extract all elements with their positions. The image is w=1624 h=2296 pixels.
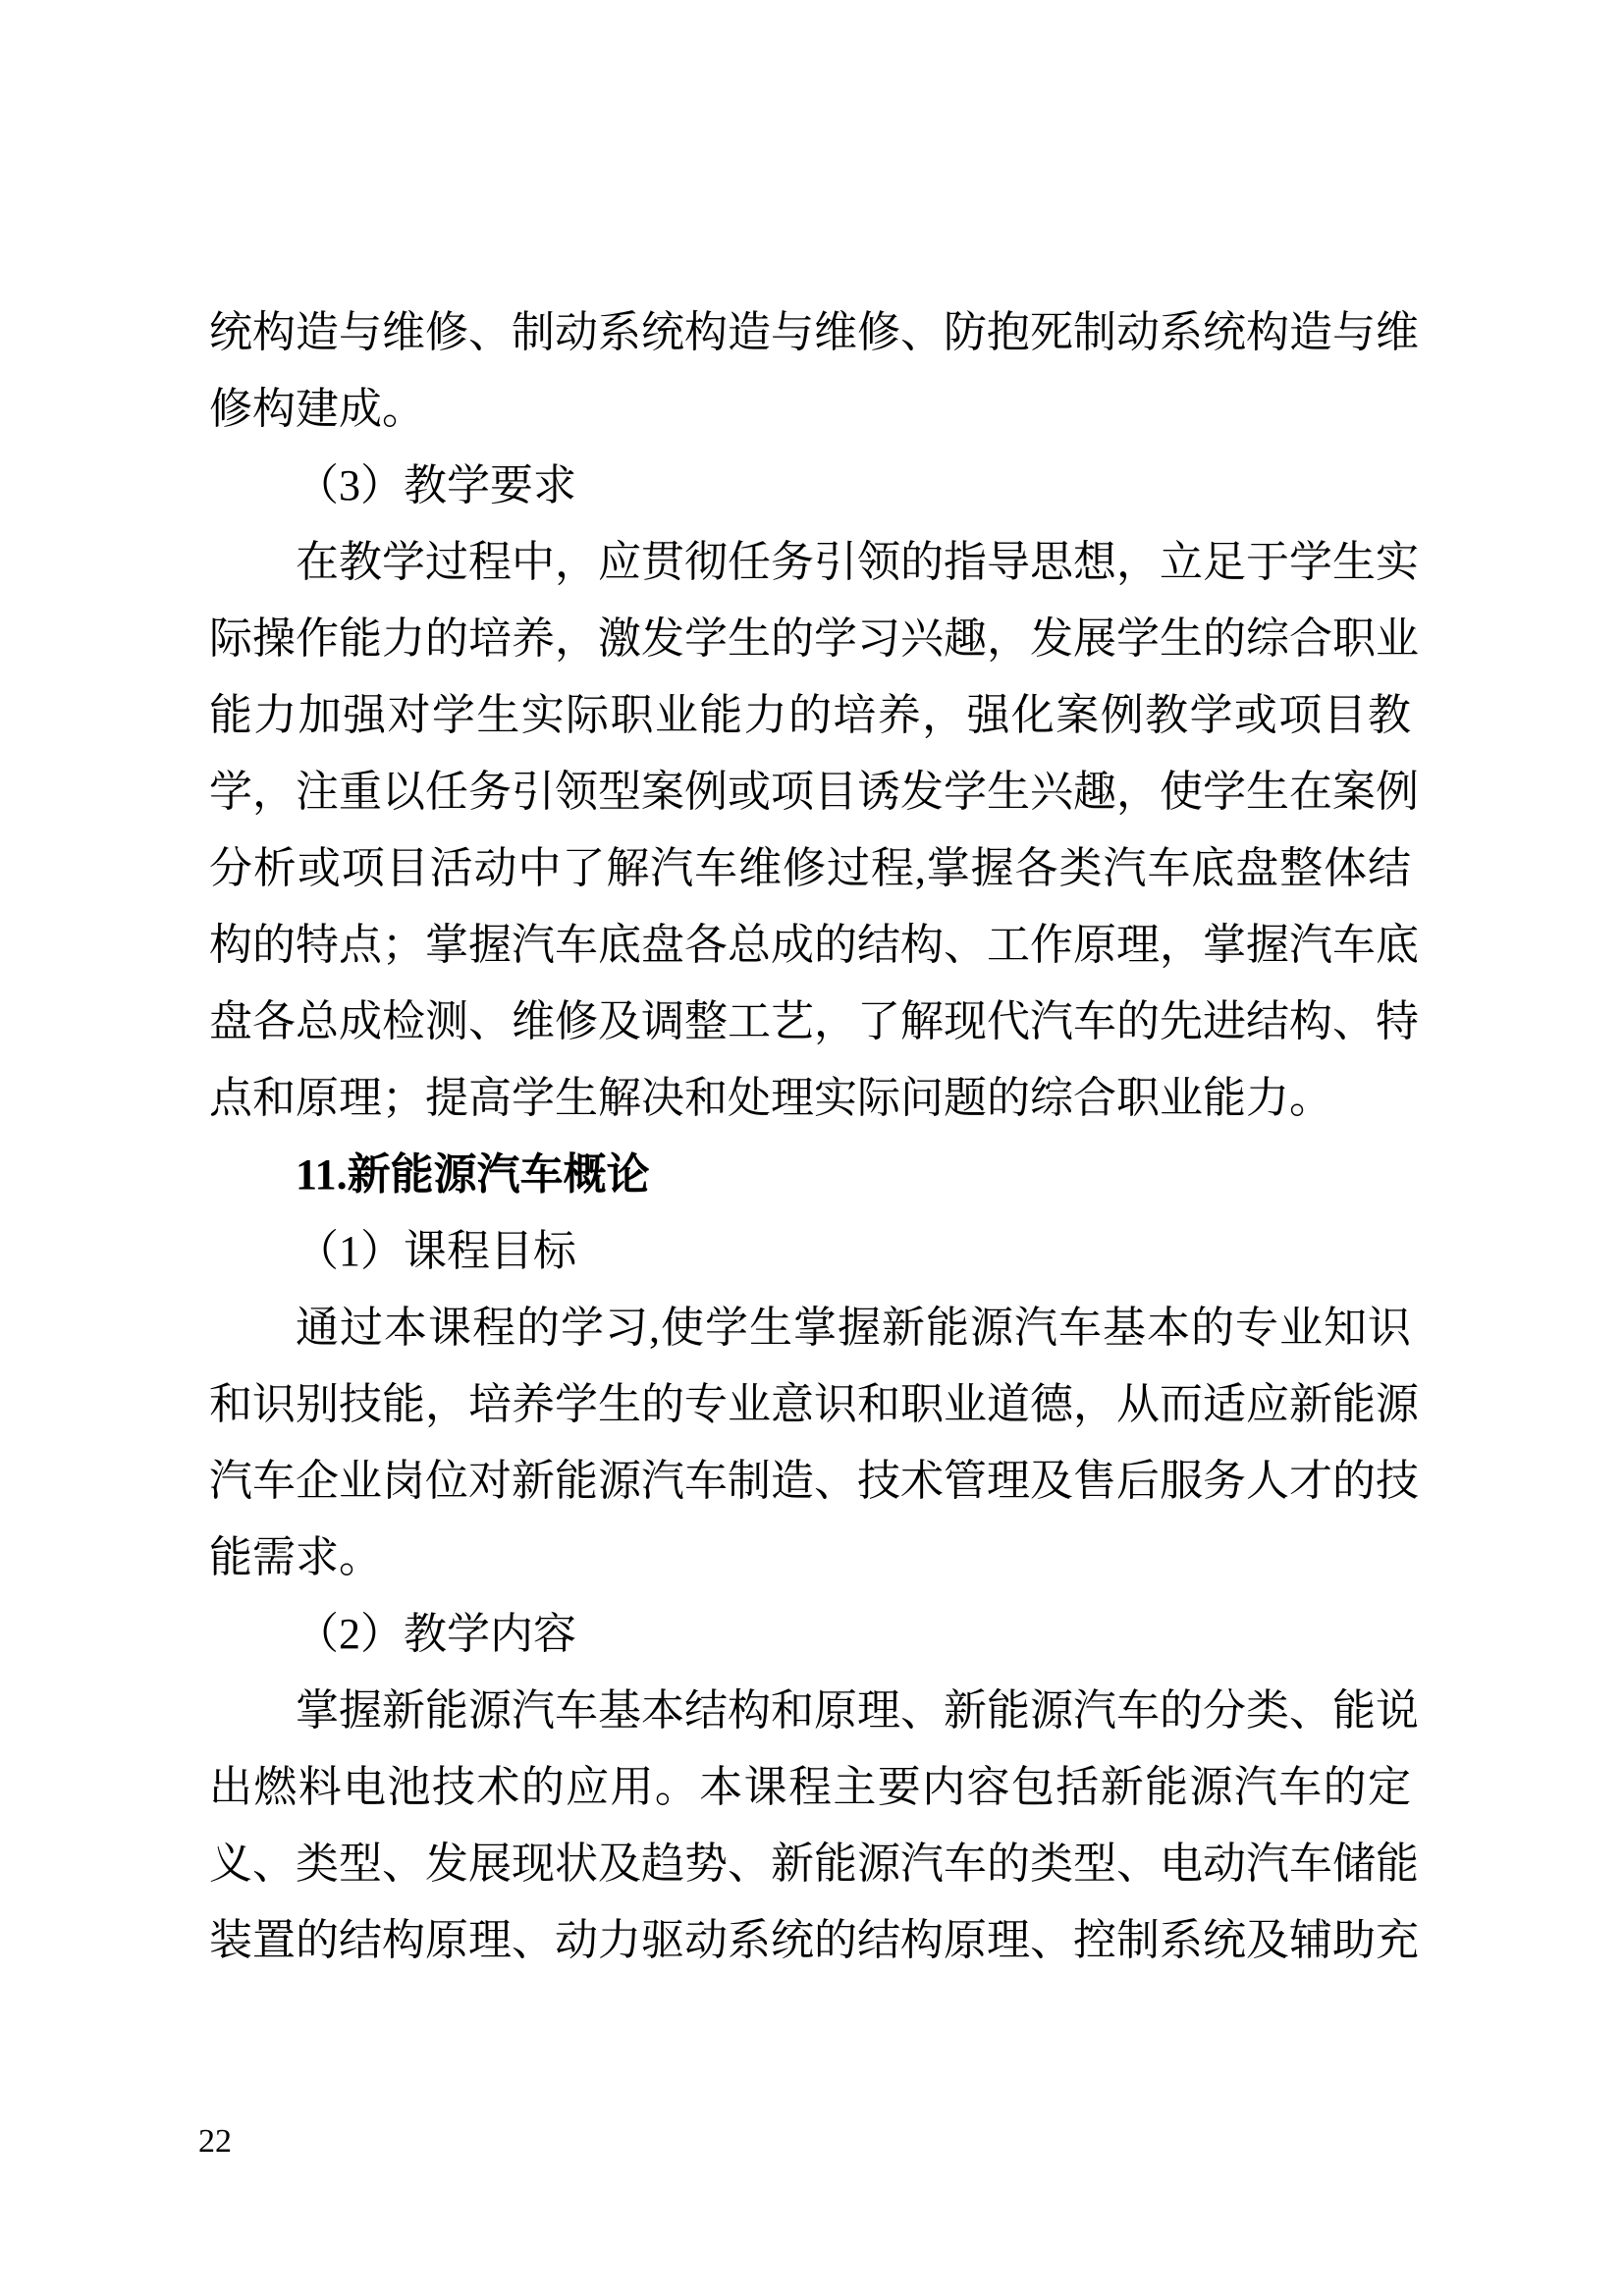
text-line: 装置的结构原理、动力驱动系统的结构原理、控制系统及辅助充 (209, 1902, 1411, 1979)
text-line: 通过本课程的学习,使学生掌握新能源汽车基本的专业知识 (209, 1290, 1411, 1366)
text-line: 分析或项目活动中了解汽车维修过程,掌握各类汽车底盘整体结 (209, 830, 1411, 907)
document-page: 统构造与维修、制动系统构造与维修、防抱死制动系统构造与维 修构建成。 （3）教学… (0, 0, 1624, 2296)
page-number: 22 (198, 2120, 232, 2163)
text-line: 统构造与维修、制动系统构造与维修、防抱死制动系统构造与维 (209, 294, 1411, 371)
text-line: 点和原理；提高学生解决和处理实际问题的综合职业能力。 (209, 1060, 1411, 1137)
text-line: 义、类型、发展现状及趋势、新能源汽车的类型、电动汽车储能 (209, 1826, 1411, 1902)
section-heading-11: 11.新能源汽车概论 (209, 1137, 1411, 1213)
text-line: 掌握新能源汽车基本结构和原理、新能源汽车的分类、能说 (209, 1673, 1411, 1749)
text-line: 汽车企业岗位对新能源汽车制造、技术管理及售后服务人才的技 (209, 1443, 1411, 1520)
text-line: 和识别技能，培养学生的专业意识和职业道德，从而适应新能源 (209, 1366, 1411, 1443)
text-line: 能需求。 (209, 1520, 1411, 1596)
text-line: 构的特点；掌握汽车底盘各总成的结构、工作原理，掌握汽车底 (209, 907, 1411, 984)
text-line: 在教学过程中，应贯彻任务引领的指导思想，立足于学生实 (209, 524, 1411, 601)
subsection-heading: （3）教学要求 (209, 448, 1411, 524)
text-line: 学，注重以任务引领型案例或项目诱发学生兴趣，使学生在案例 (209, 754, 1411, 830)
text-block: 统构造与维修、制动系统构造与维修、防抱死制动系统构造与维 修构建成。 （3）教学… (209, 294, 1411, 1979)
text-line: 能力加强对学生实际职业能力的培养，强化案例教学或项目教 (209, 677, 1411, 754)
text-line: 出燃料电池技术的应用。本课程主要内容包括新能源汽车的定 (209, 1749, 1411, 1826)
subsection-heading: （2）教学内容 (209, 1596, 1411, 1673)
text-line: 盘各总成检测、维修及调整工艺，了解现代汽车的先进结构、特 (209, 984, 1411, 1060)
subsection-heading: （1）课程目标 (209, 1213, 1411, 1290)
text-line: 修构建成。 (209, 371, 1411, 448)
text-line: 际操作能力的培养，激发学生的学习兴趣，发展学生的综合职业 (209, 601, 1411, 677)
